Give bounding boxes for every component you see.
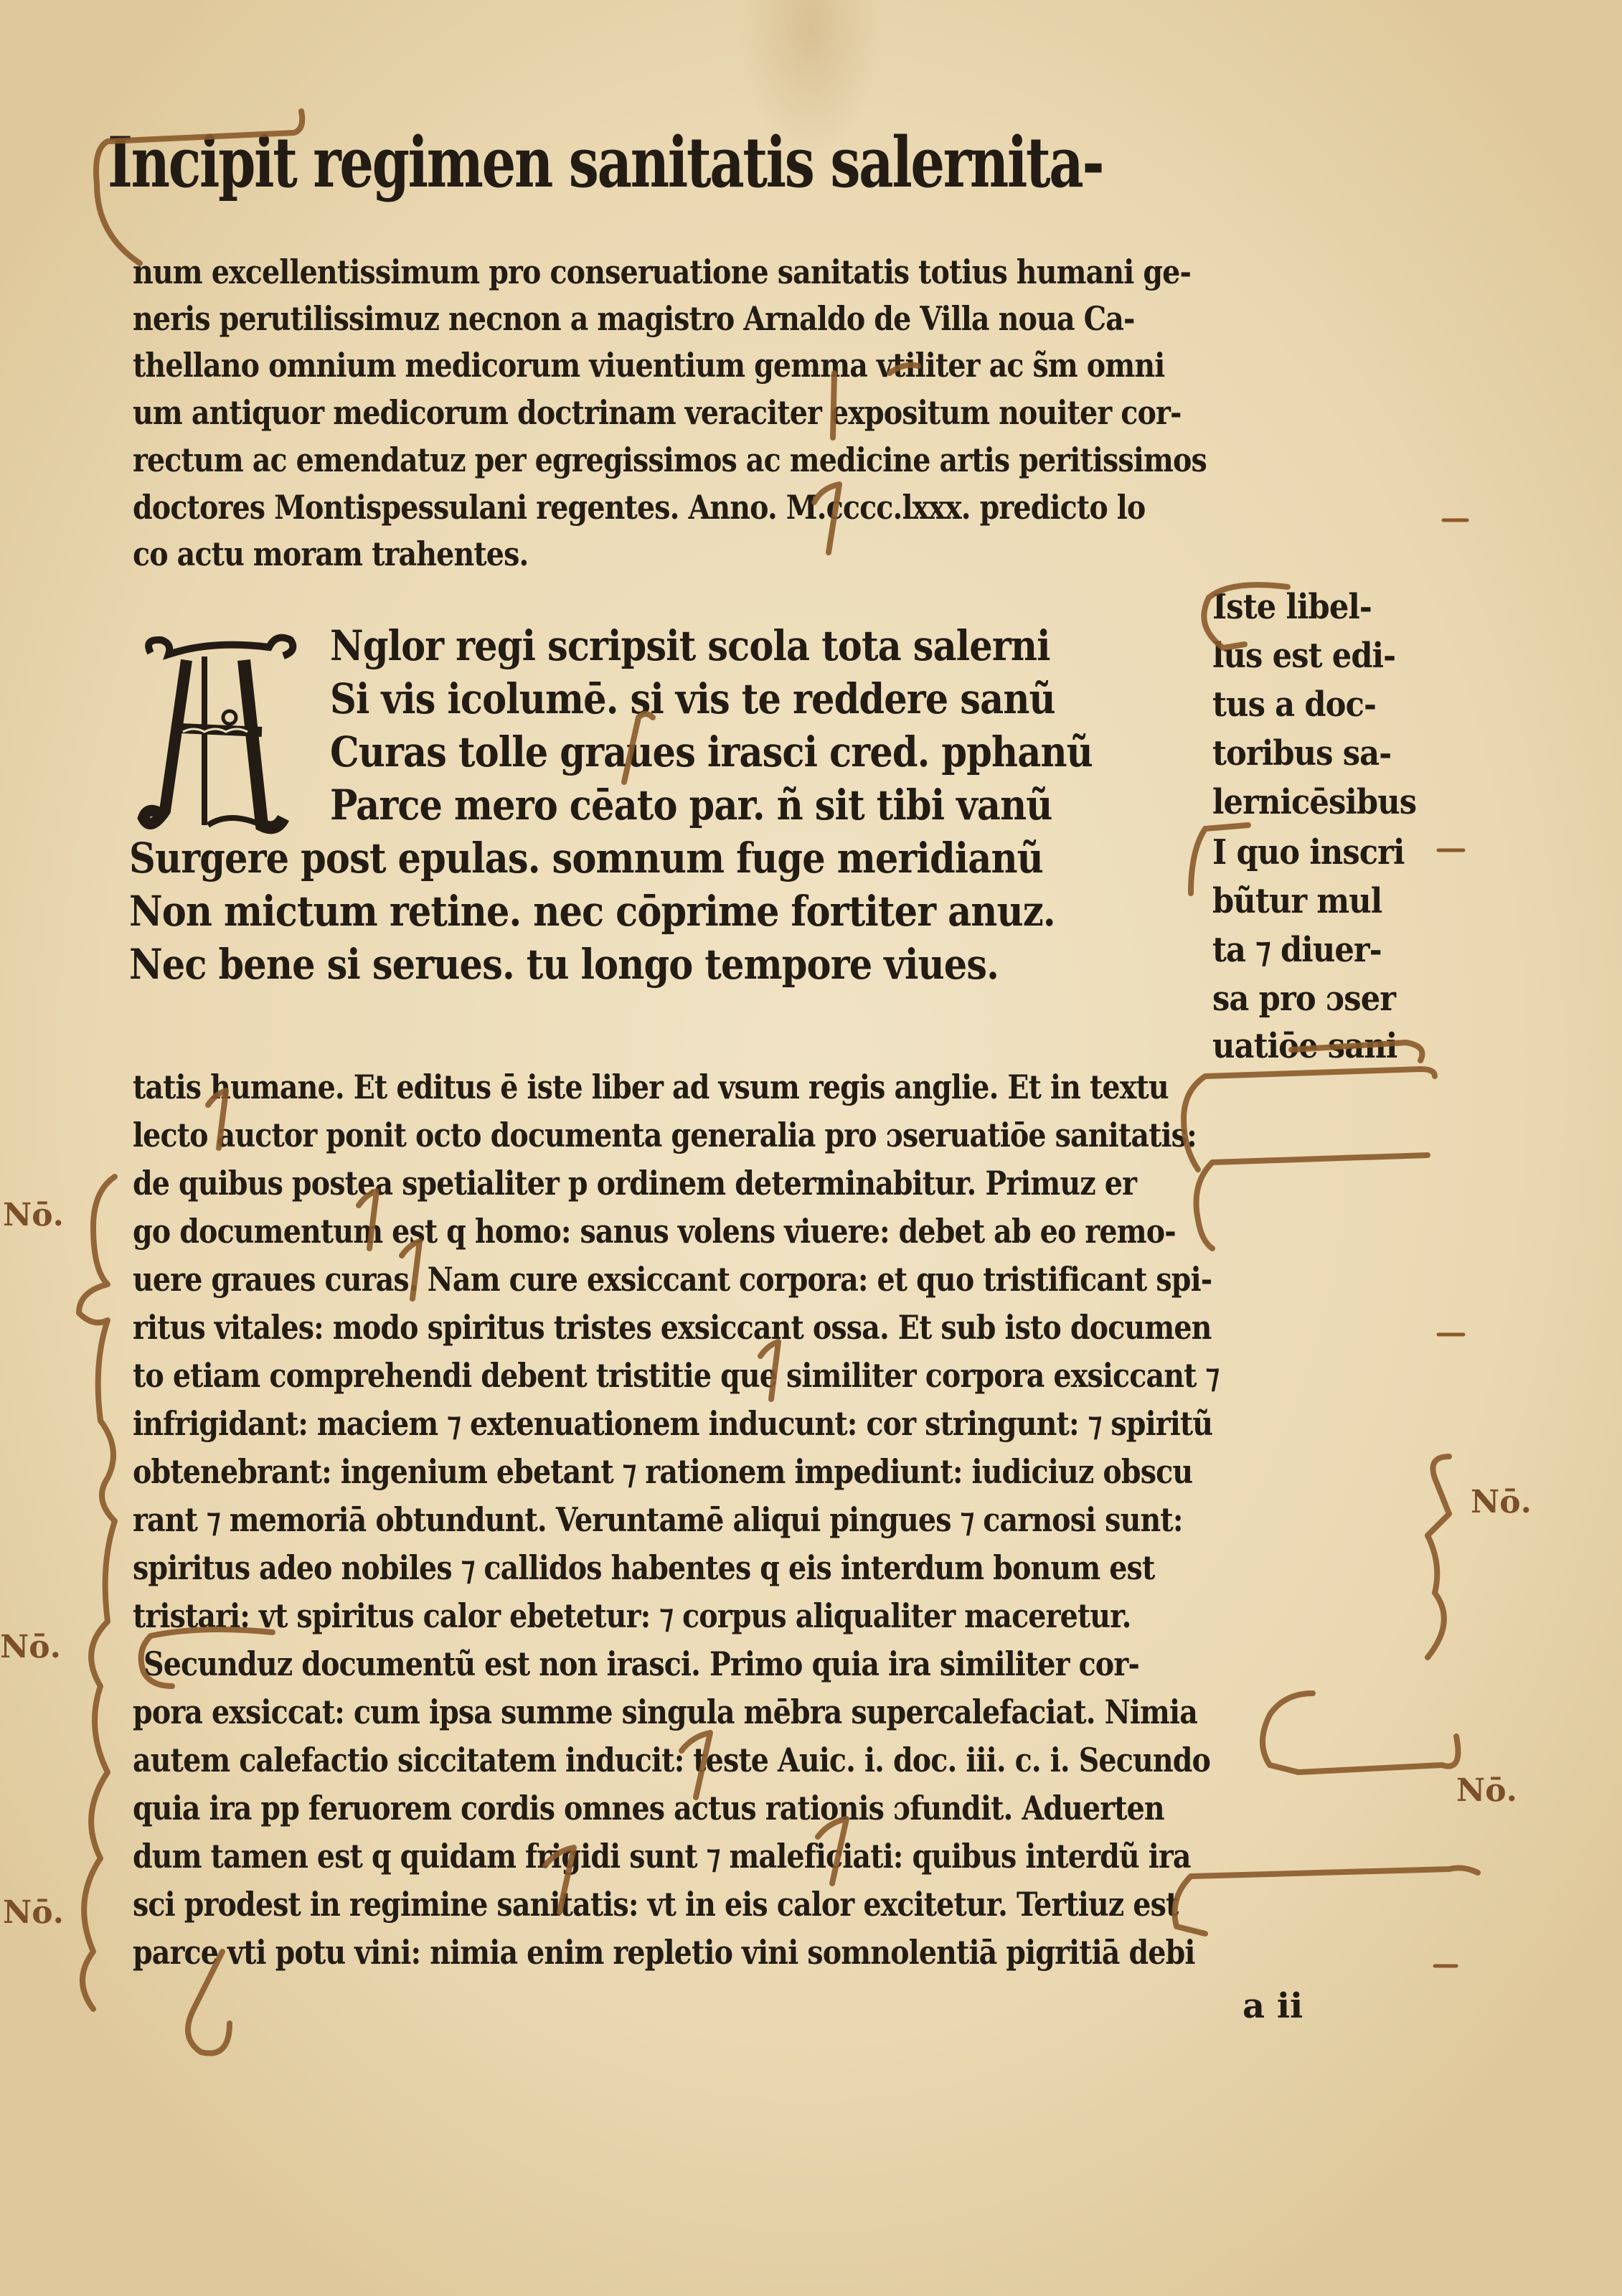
intro-line: doctores Montispessulani regentes. Anno.… xyxy=(133,488,1145,527)
signature-mark: a ii xyxy=(1243,1986,1303,2026)
title: Incipit regimen sanitatis salernita- xyxy=(108,122,1103,203)
commentary-line: obtenebrant: ingenium ebetant ⁊ rationem… xyxy=(133,1452,1192,1491)
margin-note-no: Nō. xyxy=(0,1629,61,1665)
verse-line: Nec bene si serues. tu longo tempore viu… xyxy=(129,940,999,989)
commentary-line: uere graues curas. Nam cure exsiccant co… xyxy=(133,1260,1212,1299)
commentary-line: parce vti potu vini: nimia enim repletio… xyxy=(133,1933,1195,1972)
commentary-line: tatis humane. Et editus ē iste liber ad … xyxy=(133,1068,1169,1106)
margin-note-no: Nō. xyxy=(3,1197,64,1233)
side-line: lus est edi- xyxy=(1212,636,1395,676)
intro-line: co actu moram trahentes. xyxy=(133,535,528,573)
margin-note-no: Nō. xyxy=(1471,1484,1532,1520)
commentary-line: autem calefactio siccitatem inducit: tes… xyxy=(133,1741,1210,1779)
intro-line: um antiquor medicorum doctrinam veracite… xyxy=(133,393,1182,432)
incunabulum-page: Incipit regimen sanitatis salernita- num… xyxy=(0,0,1622,2296)
verse-line: Non mictum retine. nec cōprime fortiter … xyxy=(129,887,1055,936)
intro-line: thellano omnium medicorum viuentium gemm… xyxy=(133,346,1164,385)
commentary-line: de quibus postea spetialiter p ordinem d… xyxy=(133,1164,1136,1203)
commentary-line: dum tamen est q quidam frigidi sunt ⁊ ma… xyxy=(133,1837,1191,1876)
verse-line: Nglor regi scripsit scola tota salerni xyxy=(330,621,1050,670)
commentary-line: quia ira pp feruorem cordis omnes actus … xyxy=(133,1789,1164,1827)
commentary-line: rant ⁊ memoriā obtundunt. Veruntamē aliq… xyxy=(133,1500,1183,1539)
side-line: bũtur mul xyxy=(1212,881,1382,921)
commentary-line: tristari: vt spiritus calor ebetetur: ⁊ … xyxy=(133,1596,1131,1635)
commentary-line: lecto auctor ponit octo documenta genera… xyxy=(133,1116,1197,1154)
verse-line: Surgere post epulas. somnum fuge meridia… xyxy=(129,834,1043,883)
commentary-line: to etiam comprehendi debent tristitie qu… xyxy=(133,1356,1219,1395)
margin-note-no: Nō. xyxy=(1456,1772,1517,1809)
side-line: ta ⁊ diuer- xyxy=(1212,930,1382,970)
verse-line: Si vis icolumē. si vis te reddere sanũ xyxy=(330,674,1055,723)
commentary-line: spiritus adeo nobiles ⁊ callidos habente… xyxy=(133,1548,1154,1587)
intro-line: rectum ac emendatuz per egregissimos ac … xyxy=(133,441,1207,479)
side-line: uatiōe sani xyxy=(1212,1026,1397,1066)
side-line: Iste libel- xyxy=(1212,587,1372,627)
side-line: tus a doc- xyxy=(1212,684,1376,725)
side-line: sa pro ɔser xyxy=(1212,979,1395,1019)
commentary-line: infrigidant: maciem ⁊ extenuationem indu… xyxy=(133,1404,1212,1443)
side-line: toribus sa- xyxy=(1212,733,1391,773)
commentary-line: pora exsiccat: cum ipsa summe singula mē… xyxy=(133,1693,1197,1731)
intro-line: num excellentissimum pro conseruatione s… xyxy=(133,253,1191,291)
intro-line: neris perutilissimuz necnon a magistro A… xyxy=(133,299,1135,338)
margin-note-no: Nō. xyxy=(3,1894,64,1931)
woodcut-initial-a-icon xyxy=(136,631,308,847)
side-line: lernicēsibus xyxy=(1212,782,1416,822)
verse-line: Parce mero cēato par. ñ sit tibi vanũ xyxy=(330,781,1052,829)
commentary-line: go documentum est q homo: sanus volens v… xyxy=(133,1212,1176,1251)
commentary-line: ritus vitales: modo spiritus tristes exs… xyxy=(133,1308,1212,1347)
commentary-line: sci prodest in regimine sanitatis: vt in… xyxy=(133,1885,1178,1924)
commentary-line: Secunduz documentũ est non irasci. Primo… xyxy=(143,1645,1139,1683)
verse-line: Curas tolle graues irasci cred. pphanũ xyxy=(330,728,1093,776)
side-line: I quo inscri xyxy=(1212,832,1405,872)
